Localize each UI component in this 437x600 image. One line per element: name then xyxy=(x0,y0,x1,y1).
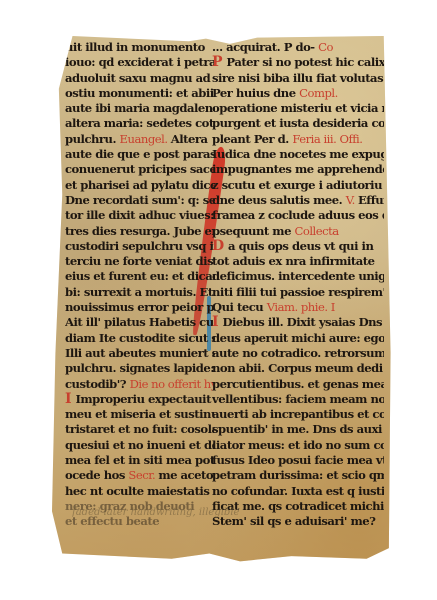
text-line: altera maria: sedetes cotra se xyxy=(65,116,215,131)
text-line: vellentibus: faciem meam no xyxy=(212,392,384,407)
text-line: P Pater si no potest hic calix tra xyxy=(212,55,384,70)
text-line: mea fel et in siti mea potauerunt xyxy=(65,453,215,468)
text-line: diam Ite custodite sicut scitis xyxy=(65,331,215,346)
bottom-marginalia: faded later handwriting, illegible xyxy=(72,506,372,556)
text-line: conuenerut pricipes sacerdotu xyxy=(65,162,215,177)
text-line: dne deus salutis mee. V. Effunde xyxy=(212,193,384,208)
text-line: fusus Ideo posui facie mea vt xyxy=(212,453,384,468)
text-line: et pharisei ad pylatu dicetes. xyxy=(65,178,215,193)
initial-letter: D xyxy=(212,238,228,254)
text-line: percutientibus. et genas meas xyxy=(212,377,384,392)
text-line: aute ibi maria magdalene et xyxy=(65,101,215,116)
text-line: uit illud in monumento xyxy=(65,40,215,55)
text-line: aute no cotradico. retrorsum xyxy=(212,346,384,361)
initial-letter: P xyxy=(212,54,226,70)
text-line: deus aperuit michi aure: ego xyxy=(212,331,384,346)
text-line: ostiu monumenti: et abiit Erat xyxy=(65,86,215,101)
rubric: V. xyxy=(346,193,358,207)
text-line: framea z coclude aduus eos qui xyxy=(212,208,384,223)
text-line: tor ille dixit adhuc viues: post xyxy=(65,208,215,223)
text-line: bi: surrexit a mortuis. Et erit xyxy=(65,285,215,300)
text-line: Iudica dne nocetes me expugna xyxy=(212,147,384,162)
text-line: hec nt oculte maiestatis mu xyxy=(65,484,215,499)
text-line: D a quis ops deus vt qui in xyxy=(212,239,384,254)
initial-letter: I xyxy=(212,314,222,330)
text-line: aute die que e post parasceuen: xyxy=(65,147,215,162)
left-text-column: uit illud in monumento iouo: qd excidera… xyxy=(65,40,215,530)
text-line: impugnantes me apprehende arma xyxy=(212,162,384,177)
right-text-column: ... acquirat. P do- CoP Pater si no pote… xyxy=(212,40,384,530)
text-line: custodiri sepulchru vsq in die xyxy=(65,239,215,254)
text-line: pulchru. signates lapide: cum xyxy=(65,361,215,376)
text-line: eius et furent eu: et dicant ple xyxy=(65,269,215,284)
text-line: deficimus. intercedente unige xyxy=(212,269,384,284)
text-line: terciu ne forte veniat discipuli xyxy=(65,254,215,269)
text-line: purgent et iusta desideria co- xyxy=(212,116,384,131)
text-line: z scutu et exurge i adiutoriu meu xyxy=(212,178,384,193)
text-line: sire nisi biba illu fiat volutas tua xyxy=(212,71,384,86)
text-line: quesiui et no inueni et dederut i esca xyxy=(65,438,215,453)
text-line: aduoluit saxu magnu ad xyxy=(65,71,215,86)
rubric: Viam. phie. xyxy=(267,300,331,314)
rubric: Die no offerit hyl xyxy=(130,377,215,391)
text-line: Qui tecu Viam. phie. I xyxy=(212,300,384,315)
text-line: no cofundar. Iuxta est q iusti xyxy=(212,484,384,499)
rubric: Feria iii. Offi. xyxy=(292,132,362,146)
text-line: custodib'? Die no offerit hyl xyxy=(65,377,215,392)
text-line: operatione misteriu et vicia nra xyxy=(212,101,384,116)
text-line: tristaret et no fuit: cosolante me xyxy=(65,422,215,437)
text-line: spuentib' in me. Dns ds auxi xyxy=(212,422,384,437)
text-line: iouo: qd exciderat i petra xyxy=(65,55,215,70)
text-line: I Improperiu expectauit cor Off. xyxy=(65,392,215,407)
text-line: niti filii tui passioe respirem'. xyxy=(212,285,384,300)
rubric: I xyxy=(331,300,335,314)
rubric: Euangel. xyxy=(120,132,171,146)
text-line: Illi aut abeutes muniert se- xyxy=(65,346,215,361)
text-line: ... acquirat. P do- Co xyxy=(212,40,384,55)
text-line: psequunt me Collecta xyxy=(212,224,384,239)
text-line: ocede hos Secr. me aceto. xyxy=(65,468,215,483)
text-line: I Diebus ill. Dixit ysaias Dns xyxy=(212,315,384,330)
rubric: Collecta xyxy=(294,224,338,238)
text-line: non abii. Corpus meum dedi xyxy=(212,361,384,376)
manuscript-leaf: uit illud in monumento iouo: qd excidera… xyxy=(52,36,394,564)
text-line: Per huius dne Compl. xyxy=(212,86,384,101)
rubric: Co xyxy=(318,40,333,54)
text-line: liator meus: et ido no sum co xyxy=(212,438,384,453)
text-line: auerti ab increpantibus et co xyxy=(212,407,384,422)
rubric: Secr. xyxy=(128,468,158,482)
text-line: tot aduis ex nra infirmitate xyxy=(212,254,384,269)
text-line: pulchru. Euangel. Altera xyxy=(65,132,215,147)
text-line: nouissimus error peior priore xyxy=(65,300,215,315)
text-line: tres dies resurga. Jube ergo xyxy=(65,224,215,239)
text-line: petram durissima: et scio qm xyxy=(212,468,384,483)
text-line: Dne recordati sum': q: seduc- xyxy=(65,193,215,208)
text-line: meu et miseria et sustinui q sit co- xyxy=(65,407,215,422)
rubric: Compl. xyxy=(299,86,338,100)
text-line: Ait ill' pilatus Habetis custo xyxy=(65,315,215,330)
text-line: pleant Per d. Feria iii. Offi. xyxy=(212,132,384,147)
initial-letter: I xyxy=(65,391,75,407)
